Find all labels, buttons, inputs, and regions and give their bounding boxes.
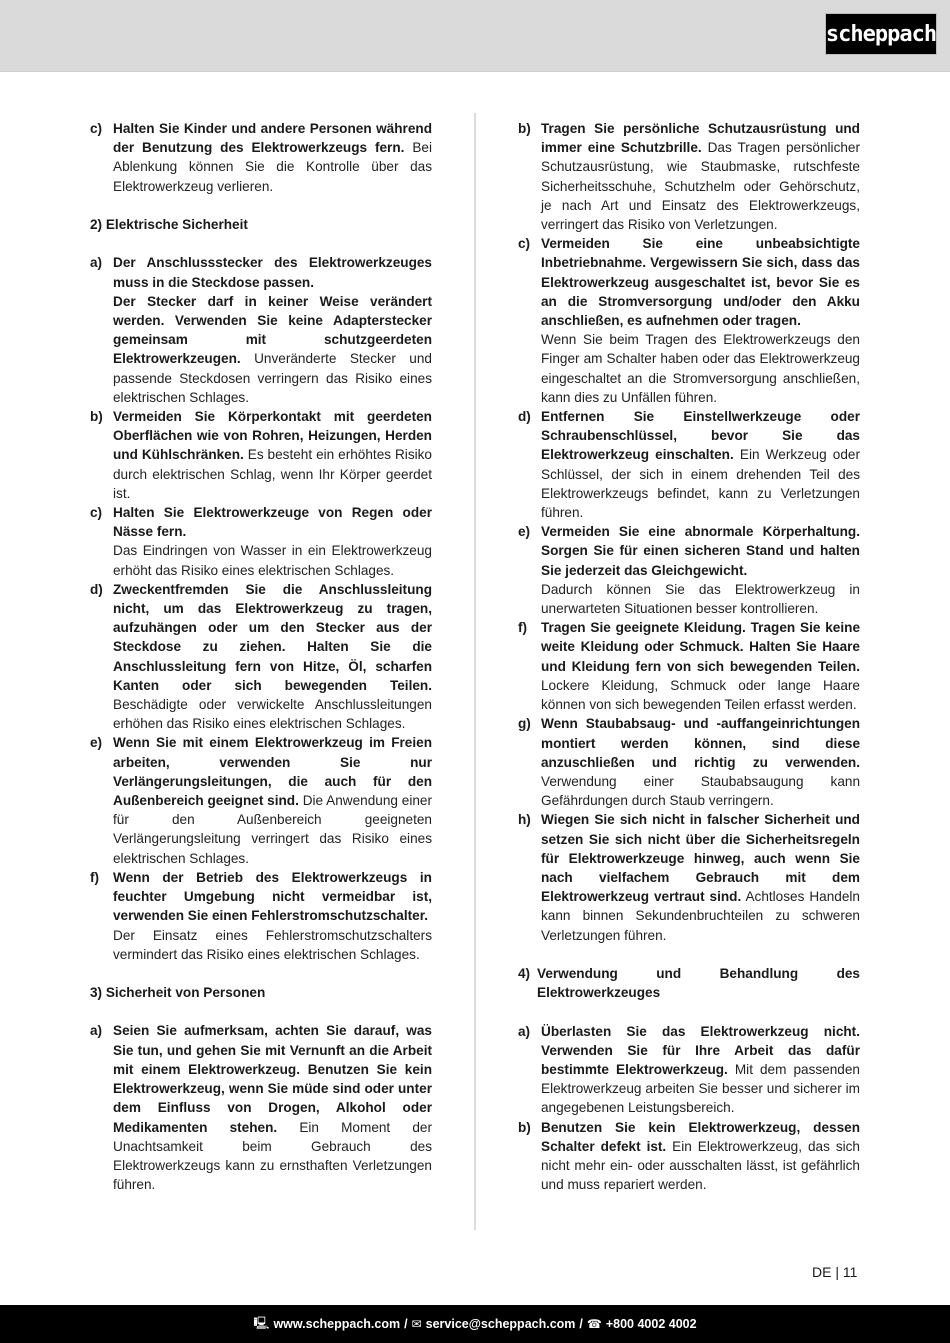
item-bold-text: Wenn der Betrieb des Elektrowerkzeugs in… <box>113 870 432 923</box>
item-label: a) <box>518 1022 541 1118</box>
item-bold-text: Vermeiden Sie eine unbeabsichtigte Inbet… <box>541 236 860 328</box>
item-bold-text: Halten Sie Kinder und andere Personen wä… <box>113 121 432 155</box>
list-item: g) Wenn Staubabsaug- und -auffangeinrich… <box>518 714 860 810</box>
section-title: Verwendung und Behandlung des Elektrower… <box>537 964 860 1002</box>
item-label: f) <box>90 868 113 964</box>
item-label: b) <box>518 119 541 234</box>
item-text: Wenn Sie beim Tragen des Elektrowerkzeug… <box>541 332 860 405</box>
list-item: f) Tragen Sie geeignete Kleidung. Tragen… <box>518 618 860 714</box>
section-heading-2: 2) Elektrische Sicherheit <box>90 215 432 234</box>
section-number: 4) <box>518 964 537 1002</box>
phone-number: +800 4002 4002 <box>606 1317 697 1331</box>
item-label: d) <box>90 580 113 734</box>
item-label: h) <box>518 810 541 944</box>
left-column: c) Halten Sie Kinder und andere Personen… <box>90 119 432 1194</box>
computer-icon: 🖳 <box>253 1314 269 1335</box>
item-bold-text: Der Anschlussstecker des Elektrowerkzeug… <box>113 255 432 289</box>
separator: / <box>579 1317 582 1331</box>
item-label: f) <box>518 618 541 714</box>
list-item: b) Tragen Sie persönliche Schutzausrüstu… <box>518 119 860 234</box>
item-label: e) <box>90 733 113 867</box>
list-item: c) Vermeiden Sie eine unbeabsichtigte In… <box>518 234 860 407</box>
footer-bar: 🖳 www.scheppach.com / ✉ service@scheppac… <box>0 1305 950 1343</box>
item-text: Der Einsatz eines Fehlerstromschutzschal… <box>113 928 432 962</box>
item-text: Lockere Kleidung, Schmuck oder lange Haa… <box>541 678 860 712</box>
list-item: a) Seien Sie aufmerksam, achten Sie dara… <box>90 1021 432 1194</box>
item-text: Verwendung einer Staubabsaugung kann Gef… <box>541 774 860 808</box>
item-label: a) <box>90 253 113 407</box>
item-label: g) <box>518 714 541 810</box>
item-bold-text: Tragen Sie geeignete Kleidung. Tragen Si… <box>541 620 860 673</box>
list-item: b) Vermeiden Sie Körperkontakt mit geerd… <box>90 407 432 503</box>
section-heading-4: 4) Verwendung und Behandlung des Elektro… <box>518 964 860 1002</box>
item-bold-text: Vermeiden Sie eine abnormale Körperhaltu… <box>541 524 860 577</box>
brand-logo: scheppach <box>825 13 937 55</box>
list-item: c) Halten Sie Kinder und andere Personen… <box>90 119 432 196</box>
item-bold-text: Wenn Staubabsaug- und -auffangeinrichtun… <box>541 716 860 769</box>
item-label: c) <box>518 234 541 407</box>
item-label: e) <box>518 522 541 618</box>
page-number: DE | 11 <box>812 1264 857 1280</box>
item-label: b) <box>518 1118 541 1195</box>
header-band <box>0 0 950 72</box>
mail-icon: ✉ <box>412 1317 422 1331</box>
list-item: f) Wenn der Betrieb des Elektrowerkzeugs… <box>90 868 432 964</box>
list-item: h) Wiegen Sie sich nicht in falscher Sic… <box>518 810 860 944</box>
separator: / <box>404 1317 407 1331</box>
list-item: d) Entfernen Sie Einstellwerkzeuge oder … <box>518 407 860 522</box>
item-bold-text: Zweckentfremden Sie die Anschlussleitung… <box>113 582 432 693</box>
phone-icon: ☎ <box>587 1317 602 1331</box>
item-label: c) <box>90 503 113 580</box>
item-label: a) <box>90 1021 113 1194</box>
item-text: Das Eindringen von Wasser in ein Elektro… <box>113 543 432 577</box>
item-label: d) <box>518 407 541 522</box>
item-text: Dadurch können Sie das Elektrowerkzeug i… <box>541 582 860 616</box>
list-item: e) Vermeiden Sie eine abnormale Körperha… <box>518 522 860 618</box>
list-item: a) Überlasten Sie das Elektrowerkzeug ni… <box>518 1022 860 1118</box>
right-column: b) Tragen Sie persönliche Schutzausrüstu… <box>518 119 860 1194</box>
list-item: d) Zweckentfremden Sie die Anschlussleit… <box>90 580 432 734</box>
item-label: c) <box>90 119 113 196</box>
website-link[interactable]: www.scheppach.com <box>273 1317 400 1331</box>
item-bold-text: Halten Sie Elektrowerkzeuge von Regen od… <box>113 505 432 539</box>
list-item: a) Der Anschlussstecker des Elektrowerkz… <box>90 253 432 407</box>
list-item: b) Benutzen Sie kein Elektrowerkzeug, de… <box>518 1118 860 1195</box>
item-text: Beschädigte oder verwickelte Anschlussle… <box>113 697 432 731</box>
item-label: b) <box>90 407 113 503</box>
list-item: e) Wenn Sie mit einem Elektrowerkzeug im… <box>90 733 432 867</box>
section-heading-3: 3) Sicherheit von Personen <box>90 983 432 1002</box>
email-link[interactable]: service@scheppach.com <box>426 1317 576 1331</box>
column-divider <box>474 113 476 1230</box>
list-item: c) Halten Sie Elektrowerkzeuge von Regen… <box>90 503 432 580</box>
item-bold-text: Seien Sie aufmerksam, achten Sie darauf,… <box>113 1023 432 1134</box>
